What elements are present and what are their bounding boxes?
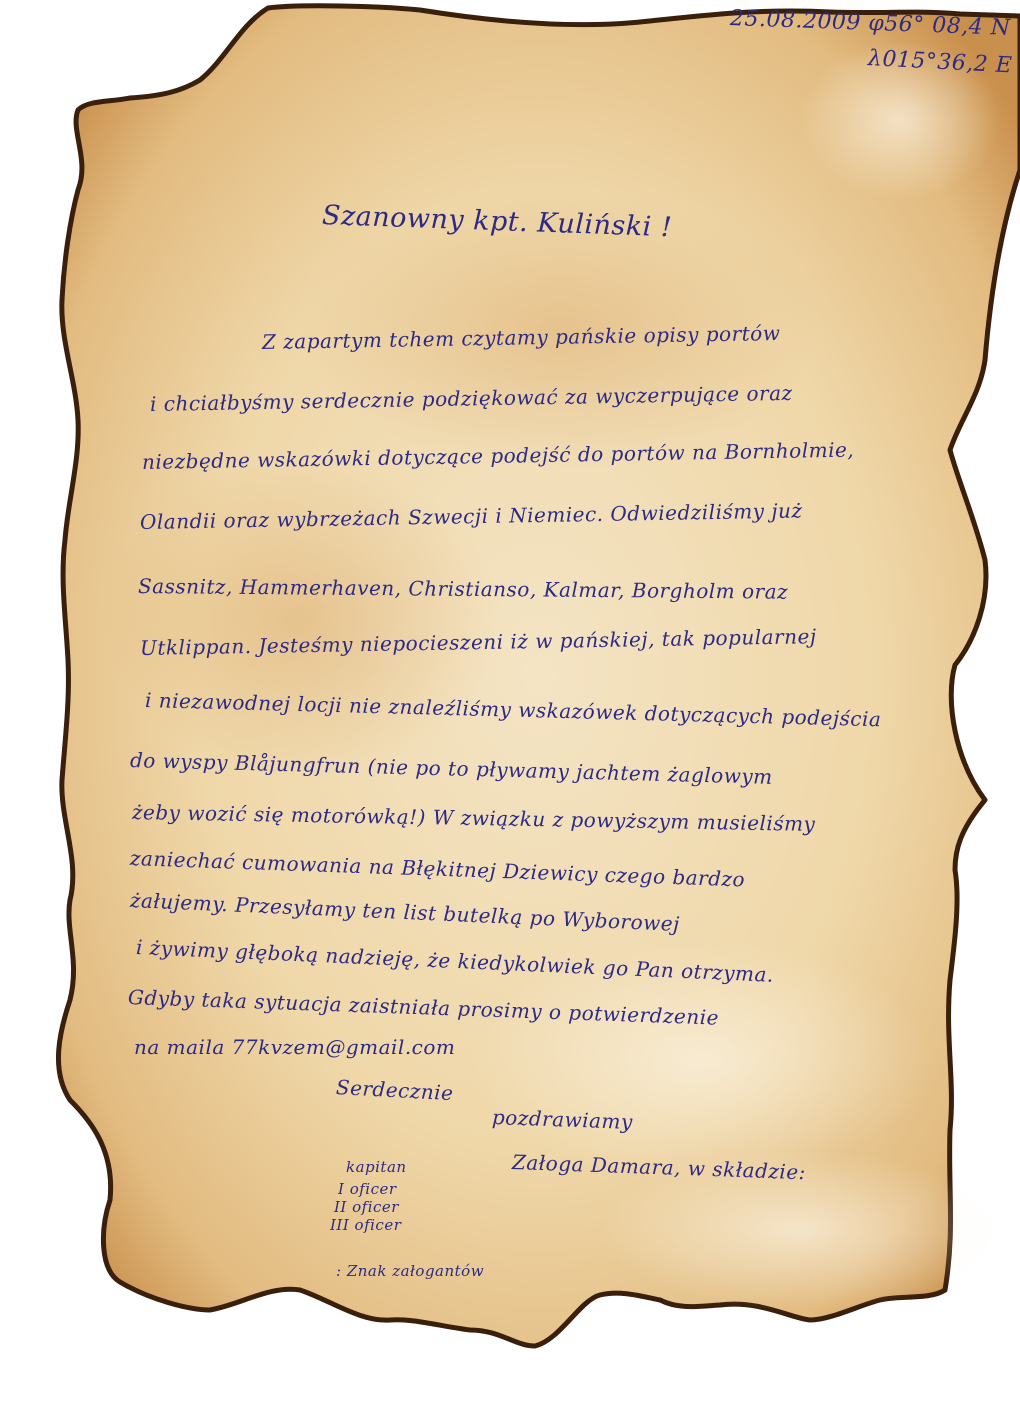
closing-line2: pozdrawiamy: [492, 1105, 634, 1134]
crew-item: III oficer: [330, 1216, 401, 1234]
crew-item: I oficer: [338, 1180, 397, 1198]
email-line: na maila 77kvzem@gmail.com: [134, 1035, 455, 1059]
crew-signatures-note: : Znak załogantów: [336, 1262, 484, 1280]
crew-item: II oficer: [334, 1198, 399, 1216]
crew-item: kapitan: [346, 1158, 407, 1176]
